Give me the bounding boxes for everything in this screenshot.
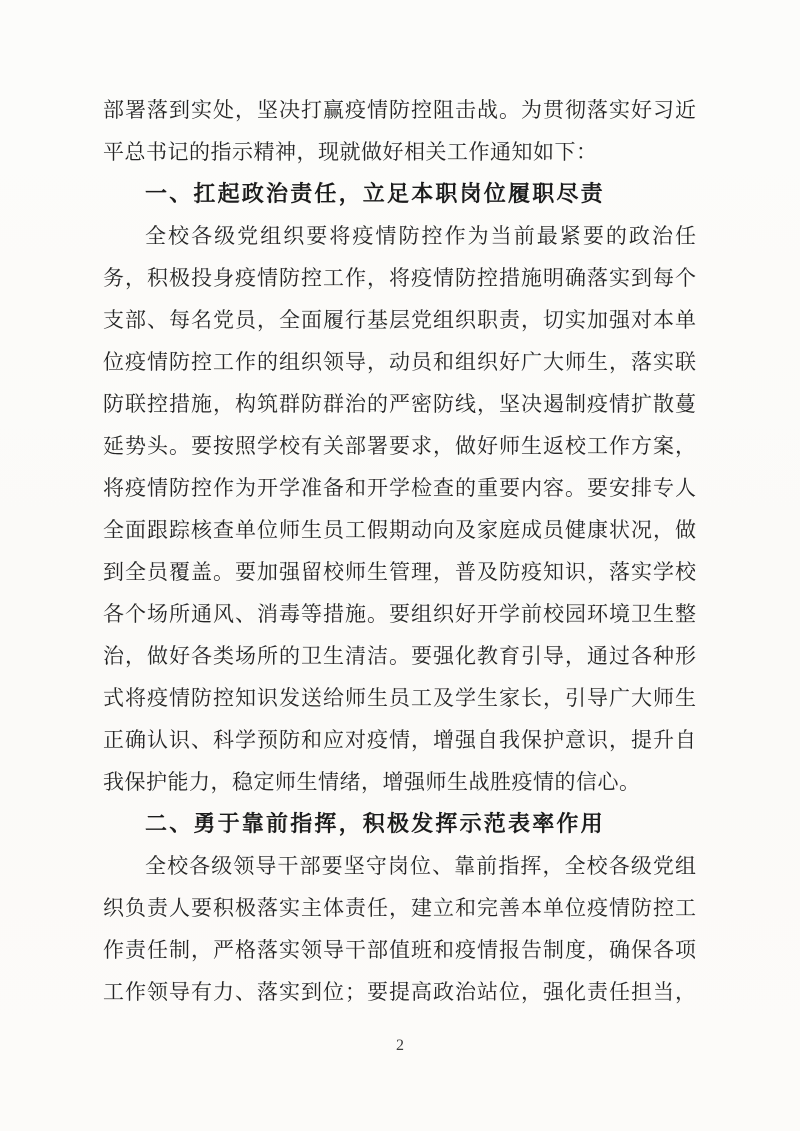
text-line: 正确认识、科学预防和应对疫情，增强自我保护意识，提升自 — [103, 719, 697, 761]
text-line: 治，做好各类场所的卫生清洁。要强化教育引导，通过各种形 — [103, 635, 697, 677]
text-line: 平总书记的指示精神，现就做好相关工作通知如下： — [103, 131, 697, 173]
page-number: 2 — [0, 1036, 800, 1056]
text-line: 式将疫情防控知识发送给师生员工及学生家长，引导广大师生 — [103, 677, 697, 719]
text-line: 全校各级党组织要将疫情防控作为当前最紧要的政治任 — [103, 215, 697, 257]
text-line: 部署落到实处，坚决打赢疫情防控阻击战。为贯彻落实好习近 — [103, 89, 697, 131]
text-line: 作责任制，严格落实领导干部值班和疫情报告制度，确保各项 — [103, 929, 697, 971]
text-line: 防联控措施，构筑群防群治的严密防线，坚决遏制疫情扩散蔓 — [103, 383, 697, 425]
text-line: 务，积极投身疫情防控工作，将疫情防控措施明确落实到每个 — [103, 257, 697, 299]
text-line: 全面跟踪核查单位师生员工假期动向及家庭成员健康状况，做 — [103, 509, 697, 551]
text-line: 延势头。要按照学校有关部署要求，做好师生返校工作方案， — [103, 425, 697, 467]
text-line: 到全员覆盖。要加强留校师生管理，普及防疫知识，落实学校 — [103, 551, 697, 593]
section-heading-2: 二、勇于靠前指挥，积极发挥示范表率作用 — [103, 803, 697, 845]
text-line: 各个场所通风、消毒等措施。要组织好开学前校园环境卫生整 — [103, 593, 697, 635]
text-line: 全校各级领导干部要坚守岗位、靠前指挥，全校各级党组 — [103, 845, 697, 887]
document-page: 部署落到实处，坚决打赢疫情防控阻击战。为贯彻落实好习近 平总书记的指示精神，现就… — [0, 0, 800, 1131]
text-line: 支部、每名党员，全面履行基层党组织职责，切实加强对本单 — [103, 299, 697, 341]
document-body: 部署落到实处，坚决打赢疫情防控阻击战。为贯彻落实好习近 平总书记的指示精神，现就… — [103, 89, 697, 1013]
text-line: 织负责人要积极落实主体责任，建立和完善本单位疫情防控工 — [103, 887, 697, 929]
section-heading-1: 一、扛起政治责任，立足本职岗位履职尽责 — [103, 173, 697, 215]
text-line: 位疫情防控工作的组织领导，动员和组织好广大师生，落实联 — [103, 341, 697, 383]
text-line: 将疫情防控作为开学准备和开学检查的重要内容。要安排专人 — [103, 467, 697, 509]
text-line: 工作领导有力、落实到位；要提高政治站位，强化责任担当， — [103, 971, 697, 1013]
text-line: 我保护能力，稳定师生情绪，增强师生战胜疫情的信心。 — [103, 761, 697, 803]
